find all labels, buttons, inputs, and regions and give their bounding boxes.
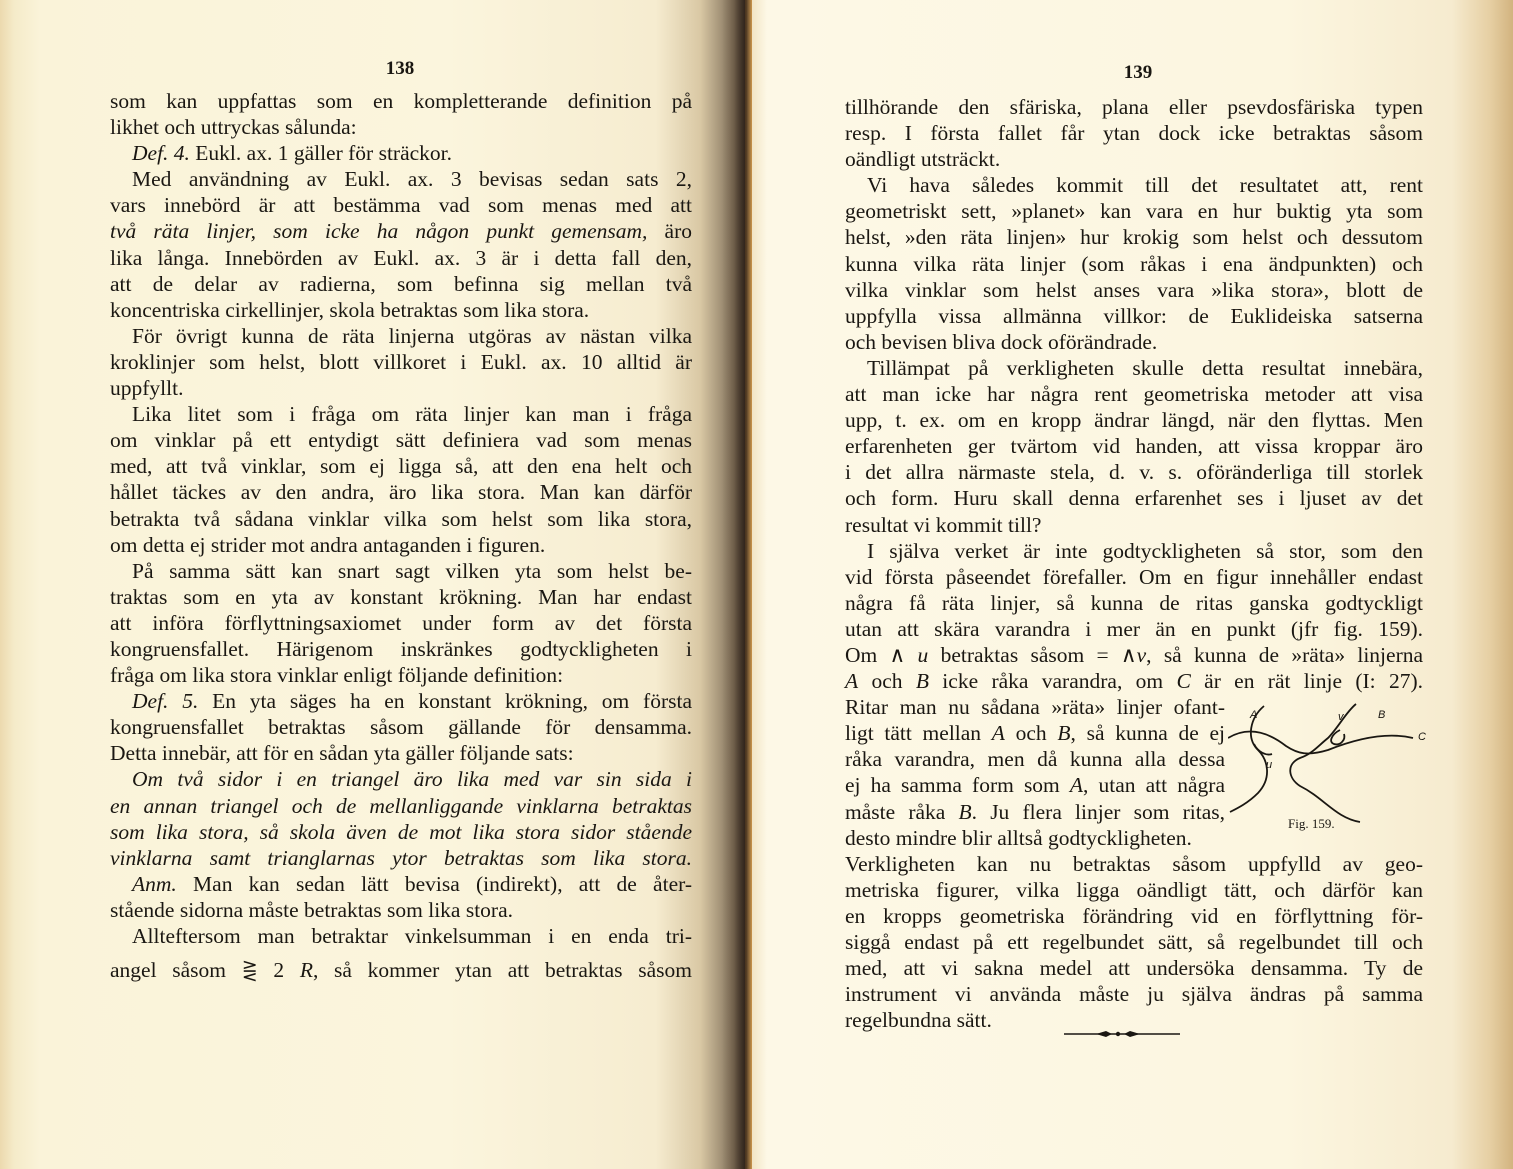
text-line: A och B icke råka varandra, om C är en r… <box>845 668 1423 694</box>
text-fragment: angel såsom <box>110 958 242 982</box>
text-line: att införa förflyttningsaxiomet under fo… <box>110 610 692 636</box>
def-text: En yta säges ha en konstant krökning, om… <box>198 689 692 713</box>
text-fragment: och <box>1005 721 1057 745</box>
text-line: geometriskt sett, »planet» kan vara en h… <box>845 198 1423 224</box>
text-line: traktas som en yta av konstant krökning.… <box>110 584 692 610</box>
text-fragment: är en rät linje (I: 27). <box>1191 669 1423 693</box>
text-fragment: icke råka varandra, om <box>929 669 1177 693</box>
text-line: kongruensfallet. Härigenom inskränkes go… <box>110 636 692 662</box>
text-line: två räta linjer, som icke ha någon punkt… <box>110 218 692 244</box>
math-var: R <box>300 958 313 982</box>
text-fragment: , så kommer ytan att betraktas såsom <box>313 958 692 982</box>
text-line: desto mindre blir alltså godtyckligheten… <box>845 825 1225 851</box>
text-line: vid första påseendet förefaller. Om en f… <box>845 564 1423 590</box>
theorem-line: Om två sidor i en triangel äro lika med … <box>110 766 692 792</box>
text-line: och bevisen bliva dock oförändrade. <box>845 329 1423 355</box>
text-line: vars innebörd är att bestämma vad som me… <box>110 192 692 218</box>
text-line: stående sidorna måste betraktas som lika… <box>110 897 692 923</box>
text-line: siggå endast på ett regelbundet sätt, så… <box>845 929 1423 955</box>
theorem-line: vinklarna samt trianglarnas ytor betrakt… <box>110 845 692 871</box>
text-line: angel såsom ⋛ 2 R, så kommer ytan att be… <box>110 957 692 984</box>
italic-phrase: två räta linjer, som icke ha någon punkt… <box>110 219 647 243</box>
text-line: om detta ej strider mot andra antaganden… <box>110 532 692 558</box>
text-line: upp, t. ex. om en kropp ändrar längd, nä… <box>845 407 1423 433</box>
math-var: u <box>905 643 928 667</box>
page-number-left: 138 <box>370 58 430 80</box>
definition-4: Def. 4. Eukl. ax. 1 gäller för sträckor. <box>110 140 692 166</box>
text-fragment: Om <box>845 643 890 667</box>
text-line: utan att skära varandra i mer än en punk… <box>845 616 1423 642</box>
text-line: om vinklar på ett entydigt sätt definier… <box>110 427 692 453</box>
math-var: v <box>1137 643 1147 667</box>
text-line: resp. I första fallet får ytan dock icke… <box>845 120 1423 146</box>
def-text: Eukl. ax. 1 gäller för sträckor. <box>190 141 452 165</box>
def-label: Def. 4. <box>132 141 190 165</box>
text-fragment: ej ha samma form som <box>845 773 1070 797</box>
text-line: hållet täckes av den andra, äro lika sto… <box>110 479 692 505</box>
text-line: kunna vilka räta linjer (som råkas i ena… <box>845 251 1423 277</box>
text-line: vilka vinklar som helst anses vara »lika… <box>845 277 1423 303</box>
remark-line: Anm. Man kan sedan lätt bevisa (indirekt… <box>110 871 692 897</box>
figure-caption: Fig. 159. <box>1288 816 1335 832</box>
text-line: koncentriska cirkellinjer, skola betrakt… <box>110 297 692 323</box>
text-line: betrakta två sådana vinklar vilka som he… <box>110 506 692 532</box>
text-fragment: och <box>858 669 916 693</box>
text-line: att de delar av radierna, som befinna si… <box>110 271 692 297</box>
text-fragment: äro <box>647 219 692 243</box>
text-line: På samma sätt kan snart sagt vilken yta … <box>110 558 692 584</box>
figure-label-A: A <box>1249 709 1257 721</box>
theorem-line: som lika stora, så skola även de mot lik… <box>110 819 692 845</box>
math-var: A <box>1070 773 1083 797</box>
text-fragment: 2 <box>258 958 300 982</box>
text-line: att man icke har några rent geometriska … <box>845 381 1423 407</box>
remark-text: Man kan sedan lätt bevisa (indirekt), at… <box>177 872 692 896</box>
text-fragment: ligt tätt mellan <box>845 721 992 745</box>
text-line: några få räta linjer, så kunna de ritas … <box>845 590 1423 616</box>
text-line: med, att vi sakna medel att undersöka de… <box>845 955 1423 981</box>
math-var: A <box>992 721 1005 745</box>
text-line: Lika litet som i fråga om räta linjer ka… <box>110 401 692 427</box>
text-line: uppfyllt. <box>110 375 692 401</box>
text-line: ej ha samma form som A, utan att några <box>845 772 1225 798</box>
text-fragment: , så kunna de »räta» linjerna <box>1146 643 1423 667</box>
text-line: i det allra närmaste stela, d. v. s. ofö… <box>845 459 1423 485</box>
text-line: råka varandra, men då kunna alla dessa <box>845 746 1225 772</box>
text-line: Tillämpat på verkligheten skulle detta r… <box>845 355 1423 381</box>
text-line: likhet och uttryckas sålunda: <box>110 114 692 140</box>
text-line: som kan uppfattas som en kompletterande … <box>110 88 692 114</box>
page-number-right: 139 <box>1108 62 1168 84</box>
text-line: fråga om lika stora vinklar enligt följa… <box>110 662 692 688</box>
figure-label-C: C <box>1418 731 1426 743</box>
text-line: måste råka B. Ju flera linjer som ritas, <box>845 799 1225 825</box>
angle-symbol: ∧ <box>890 643 906 667</box>
end-ornament <box>1062 1028 1182 1040</box>
text-fragment: , så kunna de ej <box>1071 721 1225 745</box>
text-line: Vi hava således kommit till det resultat… <box>845 172 1423 198</box>
text-fragment: betraktas såsom = <box>928 643 1121 667</box>
text-line: kongruensfallet betraktas såsom gällande… <box>110 714 692 740</box>
definition-5: Def. 5. En yta säges ha en konstant krök… <box>110 688 692 714</box>
text-fragment: måste råka <box>845 800 959 824</box>
text-line: instrument vi använda måste ju själva än… <box>845 981 1423 1007</box>
right-page-text: tillhörande den sfäriska, plana eller ps… <box>845 94 1423 1033</box>
remark-label: Anm. <box>132 872 177 896</box>
def-label: Def. 5. <box>132 689 198 713</box>
text-line: metriska figurer, vilka ligga oändligt t… <box>845 877 1423 903</box>
text-fragment: . Ju flera linjer som ritas, <box>972 800 1225 824</box>
text-fragment: , utan att några <box>1083 773 1225 797</box>
text-line: en kropps geometriska förändring vid en … <box>845 903 1423 929</box>
figure-label-B: B <box>1378 709 1385 721</box>
math-var: B <box>959 800 972 824</box>
text-line: Ritar man nu sådana »räta» linjer ofant- <box>845 694 1225 720</box>
text-line: Allteftersom man betraktar vinkelsumman … <box>110 923 692 949</box>
text-line: Om ∧ u betraktas såsom = ∧v, så kunna de… <box>845 642 1423 668</box>
text-line: oändligt utsträckt. <box>845 146 1423 172</box>
math-var: C <box>1176 669 1190 693</box>
left-page-text: som kan uppfattas som en kompletterande … <box>110 88 692 984</box>
text-line: lika långa. Innebörden av Eukl. ax. 3 är… <box>110 245 692 271</box>
text-line: Detta innebär, att för en sådan yta gäll… <box>110 740 692 766</box>
text-line: erfarenheten ger tvärtom vid handen, att… <box>845 433 1423 459</box>
text-line: Verkligheten kan nu betraktas såsom uppf… <box>845 851 1423 877</box>
book-spread: 138 som kan uppfattas som en komplettera… <box>0 0 1513 1169</box>
text-line: Med användning av Eukl. ax. 3 bevisas se… <box>110 166 692 192</box>
text-line: kroklinjer som helst, blott villkoret i … <box>110 349 692 375</box>
text-line: resultat vi kommit till? <box>845 512 1423 538</box>
text-line: För övrigt kunna de räta linjerna utgöra… <box>110 323 692 349</box>
math-var: B <box>916 669 929 693</box>
math-var: B <box>1057 721 1070 745</box>
theorem-line: en annan triangel och de mellanliggande … <box>110 793 692 819</box>
figure-label-u: u <box>1266 759 1272 771</box>
text-line: med, att två vinklar, som ej ligga så, a… <box>110 453 692 479</box>
math-var: A <box>845 669 858 693</box>
text-line: helst, »den räta linjen» hur krokig som … <box>845 224 1423 250</box>
greater-equal-less-symbol: ⋛ <box>242 960 258 982</box>
text-line: uppfylla vissa allmänna villkor: de Eukl… <box>845 303 1423 329</box>
book-gutter <box>722 0 752 1169</box>
angle-symbol: ∧ <box>1121 643 1137 667</box>
text-line: ligt tätt mellan A och B, så kunna de ej <box>845 720 1225 746</box>
text-line: och form. Huru skall denna erfarenhet se… <box>845 485 1423 511</box>
text-line: I själva verket är inte godtyckligheten … <box>845 538 1423 564</box>
text-line: tillhörande den sfäriska, plana eller ps… <box>845 94 1423 120</box>
